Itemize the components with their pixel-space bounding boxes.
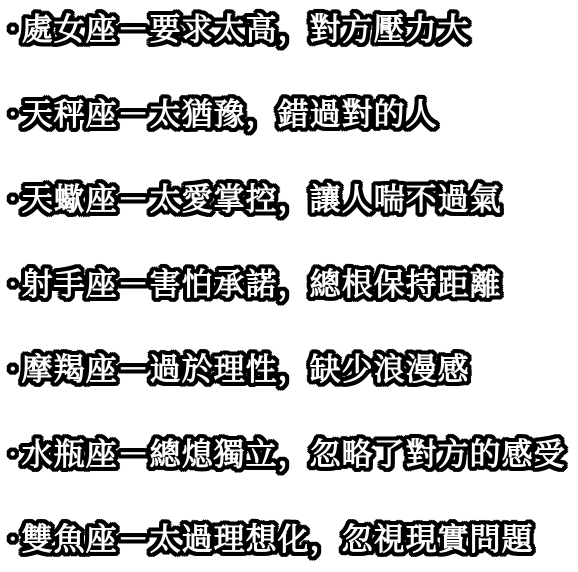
zodiac-line-text: 水瓶座－總熄獨立，忽略了對方的感受: [22, 435, 566, 475]
zodiac-line-scorpio: • 天蠍座－太愛掌控，讓人喘不過氣: [8, 180, 578, 220]
zodiac-line-pisces: • 雙魚座－太過理想化，忽視現實問題: [8, 520, 578, 560]
zodiac-line-text: 處女座－要求太高，對方壓力大: [22, 10, 470, 50]
bullet-icon: •: [10, 22, 16, 38]
zodiac-line-sagittarius: • 射手座－害怕承諾，總根保持距離: [8, 265, 578, 305]
zodiac-line-aquarius: • 水瓶座－總熄獨立，忽略了對方的感受: [8, 435, 578, 475]
zodiac-line-text: 射手座－害怕承諾，總根保持距離: [22, 265, 502, 305]
bullet-icon: •: [10, 447, 16, 463]
bullet-icon: •: [10, 107, 16, 123]
zodiac-line-text: 雙魚座－太過理想化，忽視現實問題: [22, 520, 534, 560]
zodiac-line-libra: • 天秤座－太猶豫，錯過對的人: [8, 95, 578, 135]
bullet-icon: •: [10, 192, 16, 208]
zodiac-flaws-text-image: • 處女座－要求太高，對方壓力大 • 天秤座－太猶豫，錯過對的人 • 天蠍座－太…: [0, 0, 578, 572]
bullet-icon: •: [10, 362, 16, 378]
zodiac-line-text: 天蠍座－太愛掌控，讓人喘不過氣: [22, 180, 502, 220]
bullet-icon: •: [10, 277, 16, 293]
zodiac-line-text: 摩羯座－過於理性，缺少浪漫感: [22, 350, 470, 390]
zodiac-line-capricorn: • 摩羯座－過於理性，缺少浪漫感: [8, 350, 578, 390]
bullet-icon: •: [10, 532, 16, 548]
zodiac-line-virgo: • 處女座－要求太高，對方壓力大: [8, 10, 578, 50]
zodiac-line-text: 天秤座－太猶豫，錯過對的人: [22, 95, 438, 135]
